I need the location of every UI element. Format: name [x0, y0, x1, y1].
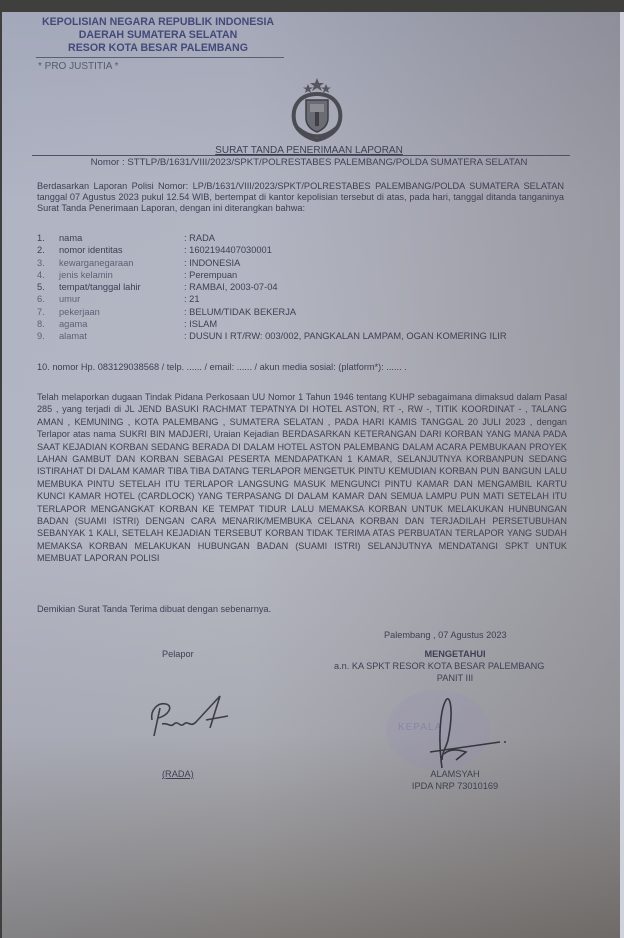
field-label: jenis kelamin — [59, 269, 184, 281]
field-row: 8.agama: ISLAM — [37, 318, 597, 330]
intro-paragraph: Berdasarkan Laporan Polisi Nomor: LP/B/1… — [37, 181, 564, 215]
field-number: 9. — [37, 330, 59, 342]
field-row: 9.alamat: DUSUN I RT/RW: 003/002, PANGKA… — [37, 330, 597, 342]
field-label: kewarganegaraan — [59, 257, 184, 269]
field-label: tempat/tanggal lahir — [59, 281, 184, 293]
field-number: 1. — [37, 232, 59, 244]
field-label: umur — [59, 293, 184, 305]
field-value: : BELUM/TIDAK BEKERJA — [184, 306, 597, 318]
field-row: 6.umur: 21 — [37, 293, 597, 305]
police-emblem-icon — [282, 76, 352, 146]
officer-rank-nrp: IPDA NRP 73010169 — [300, 781, 610, 791]
field-number: 4. — [37, 269, 59, 281]
officer-signature-icon — [390, 690, 520, 780]
letterhead-line-3: RESOR KOTA BESAR PALEMBANG — [38, 42, 278, 55]
field-value: : RADA — [184, 232, 597, 244]
document-number: Nomor : STTLP/B/1631/VIII/2023/SPKT/POLR… — [0, 157, 618, 168]
contact-line: 10. nomor Hp. 083129038568 / telp. .....… — [37, 362, 407, 372]
reporter-name: (RADA) — [162, 769, 194, 779]
letterhead: KEPOLISIAN NEGARA REPUBLIK INDONESIA DAE… — [38, 16, 278, 55]
field-value: : 21 — [184, 293, 597, 305]
field-row: 3.kewarganegaraan: INDONESIA — [37, 257, 597, 269]
field-value: : RAMBAI, 2003-07-04 — [184, 281, 597, 293]
field-value: : INDONESIA — [184, 257, 597, 269]
reporter-details: 1.nama: RADA 2.nomor identitas: 16021944… — [37, 232, 597, 343]
field-value: : 1602194407030001 — [184, 244, 597, 256]
unit-label: PANIT III — [300, 673, 610, 683]
report-body: Telah melaporkan dugaan Tindak Pidana Pe… — [37, 391, 567, 565]
page-edge — [620, 12, 624, 938]
letterhead-line-1: KEPOLISIAN NEGARA REPUBLIK INDONESIA — [38, 16, 278, 29]
field-row: 2.nomor identitas: 1602194407030001 — [37, 244, 597, 256]
field-label: alamat — [59, 330, 184, 342]
field-label: agama — [59, 318, 184, 330]
field-number: 8. — [37, 318, 59, 330]
place-date: Palembang , 07 Agustus 2023 — [384, 630, 507, 640]
closing-statement: Demikian Surat Tanda Terima dibuat denga… — [37, 604, 271, 614]
field-label: nama — [59, 232, 184, 244]
field-row: 7.pekerjaan: BELUM/TIDAK BEKERJA — [37, 306, 597, 318]
reporter-signature-icon — [140, 690, 230, 740]
field-row: 5.tempat/tanggal lahir: RAMBAI, 2003-07-… — [37, 281, 597, 293]
field-row: 1.nama: RADA — [37, 232, 597, 244]
pro-justitia-label: * PRO JUSTITIA * — [38, 61, 119, 72]
field-number: 7. — [37, 306, 59, 318]
letterhead-divider — [36, 57, 284, 58]
field-row: 4.jenis kelamin: Perempuan — [37, 269, 597, 281]
field-label: nomor identitas — [59, 244, 184, 256]
field-number: 6. — [37, 293, 59, 305]
field-value: : ISLAM — [184, 318, 597, 330]
field-value: : DUSUN I RT/RW: 003/002, PANGKALAN LAMP… — [184, 330, 597, 342]
title-divider — [32, 155, 570, 156]
acknowledged-label: MENGETAHUI — [300, 649, 610, 659]
field-number: 2. — [37, 244, 59, 256]
field-number: 3. — [37, 257, 59, 269]
field-number: 5. — [37, 281, 59, 293]
letterhead-line-2: DAERAH SUMATERA SELATAN — [38, 29, 278, 42]
officer-name: ALAMSYAH — [300, 769, 610, 779]
on-behalf-label: a.n. KA SPKT RESOR KOTA BESAR PALEMBANG — [334, 661, 544, 671]
reporter-label: Pelapor — [162, 649, 194, 659]
field-value: : Perempuan — [184, 269, 597, 281]
field-label: pekerjaan — [59, 306, 184, 318]
